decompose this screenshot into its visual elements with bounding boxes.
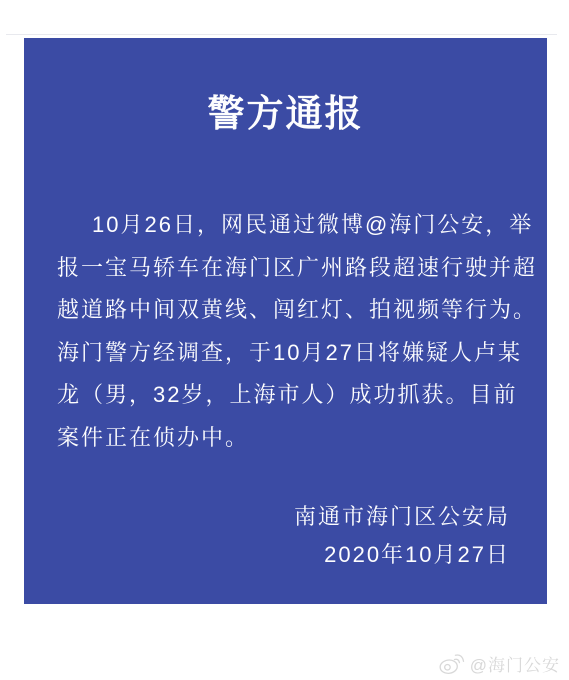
watermark-text: @海门公安	[470, 651, 560, 676]
body-line-1: 10月26日，网民通过微博@海门公安，举	[57, 204, 539, 247]
notice-title: 警方通报	[24, 89, 547, 139]
body-line-2: 报一宝马轿车在海门区广州路段超速行驶并超	[57, 247, 539, 290]
notice-signature: 南通市海门区公安局 2020年10月27日	[294, 498, 510, 574]
signature-date: 2020年10月27日	[294, 536, 510, 574]
weibo-icon	[438, 651, 465, 675]
top-divider-line	[6, 34, 557, 35]
notice-body: 10月26日，网民通过微博@海门公安，举 报一宝马轿车在海门区广州路段超速行驶并…	[57, 204, 539, 459]
signature-agency: 南通市海门区公安局	[294, 498, 510, 536]
body-line-6: 案件正在侦办中。	[57, 417, 539, 460]
watermark: @海门公安	[438, 650, 560, 676]
body-line-4: 海门警方经调查，于10月27日将嫌疑人卢某	[57, 332, 539, 375]
body-line-5: 龙（男，32岁，上海市人）成功抓获。目前	[57, 374, 539, 417]
page: { "page": { "background": "#FFFFFF" }, "…	[0, 0, 569, 680]
body-line-3: 越道路中间双黄线、闯红灯、拍视频等行为。	[57, 289, 539, 332]
police-notice-card: 警方通报 10月26日，网民通过微博@海门公安，举 报一宝马轿车在海门区广州路段…	[24, 38, 547, 604]
